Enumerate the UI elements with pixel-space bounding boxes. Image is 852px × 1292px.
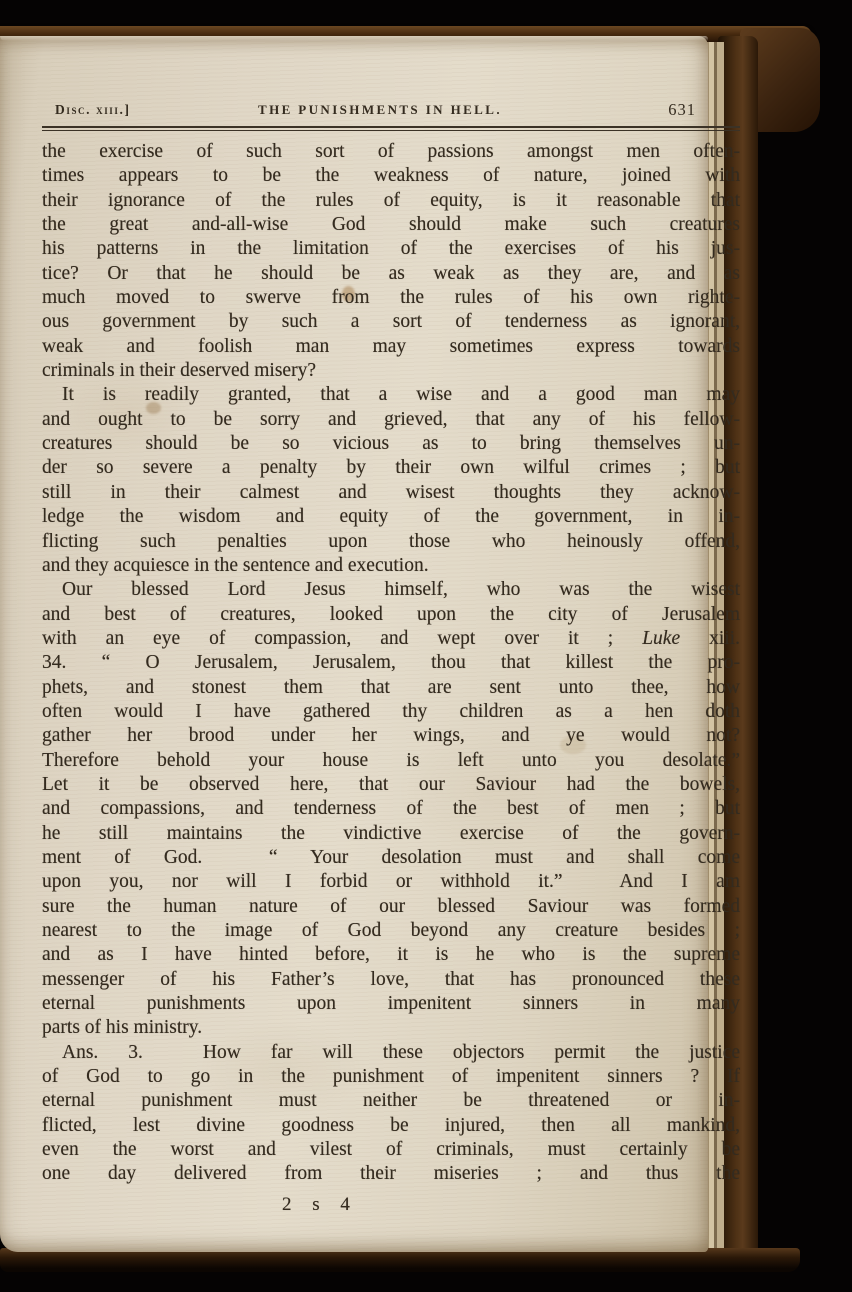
text-line: and as I have hinted before, it is he wh… — [42, 943, 740, 967]
text-line: much moved to swerve from the rules of h… — [42, 286, 740, 310]
text-line: upon you, nor will I forbid or withhold … — [42, 870, 740, 894]
text-line: Let it be observed here, that our Saviou… — [42, 773, 740, 797]
text-line: creatures should be so vicious as to bri… — [42, 432, 740, 456]
text-line: times appears to be the weakness of natu… — [42, 164, 740, 188]
text-line: eternal punishments upon impenitent sinn… — [42, 992, 740, 1016]
text-line: 34. “ O Jerusalem, Jerusalem, thou that … — [42, 651, 740, 675]
text-line: criminals in their deserved misery? — [42, 359, 740, 383]
text-line: and they acquiesce in the sentence and e… — [42, 554, 740, 578]
text-line: their ignorance of the rules of equity, … — [42, 189, 740, 213]
page-number: 631 — [668, 100, 696, 120]
text-line: sure the human nature of our blessed Sav… — [42, 895, 740, 919]
text-line: Therefore behold your house is left unto… — [42, 749, 740, 773]
text-line: parts of his ministry. — [42, 1016, 740, 1040]
text-line: and compassions, and tenderness of the b… — [42, 797, 740, 821]
text-line: and ought to be sorry and grieved, that … — [42, 408, 740, 432]
text-line: of God to go in the punishment of impeni… — [42, 1065, 740, 1089]
text-line: messenger of his Father’s love, that has… — [42, 968, 740, 992]
double-rule — [42, 126, 740, 131]
text-line: weak and foolish man may sometimes expre… — [42, 335, 740, 359]
running-head: Disc. xiii.] THE PUNISHMENTS IN HELL. 63… — [42, 102, 740, 120]
text-line: the great and-all-wise God should make s… — [42, 213, 740, 237]
text-line: It is readily granted, that a wise and a… — [42, 383, 740, 407]
text-line: even the worst and vilest of criminals, … — [42, 1138, 740, 1162]
text-line: the exercise of such sort of passions am… — [42, 140, 740, 164]
running-head-title: THE PUNISHMENTS IN HELL. — [42, 102, 718, 118]
text-line: one day delivered from their miseries ; … — [42, 1162, 740, 1186]
text-line: phets, and stonest them that are sent un… — [42, 676, 740, 700]
book-page-scan: Disc. xiii.] THE PUNISHMENTS IN HELL. 63… — [0, 0, 852, 1292]
text-line: often would I have gathered thy children… — [42, 700, 740, 724]
text-line: flicting such penalties upon those who h… — [42, 530, 740, 554]
text-line: ous government by such a sort of tendern… — [42, 310, 740, 334]
text-line: still in their calmest and wisest though… — [42, 481, 740, 505]
text-line: he still maintains the vindictive exerci… — [42, 822, 740, 846]
text-line: tice? Or that he should be as weak as th… — [42, 262, 740, 286]
text-line: Our blessed Lord Jesus himself, who was … — [42, 578, 740, 602]
text-line: his patterns in the limitation of the ex… — [42, 237, 740, 261]
text-line: ment of God. “ Your desolation must and … — [42, 846, 740, 870]
text-line: and best of creatures, looked upon the c… — [42, 603, 740, 627]
text-line: ledge the wisdom and equity of the gover… — [42, 505, 740, 529]
body-text: the exercise of such sort of passions am… — [42, 140, 740, 1187]
text-line: with an eye of compassion, and wept over… — [42, 627, 740, 651]
text-line: gather her brood under her wings, and ye… — [42, 724, 740, 748]
text-line: flicted, lest divine goodness be injured… — [42, 1114, 740, 1138]
page-content: Disc. xiii.] THE PUNISHMENTS IN HELL. 63… — [42, 102, 740, 1216]
text-line: Ans. 3. How far will these objectors per… — [42, 1041, 740, 1065]
text-line: nearest to the image of God beyond any c… — [42, 919, 740, 943]
text-line: der so severe a penalty by their own wil… — [42, 456, 740, 480]
text-line: eternal punishment must neither be threa… — [42, 1089, 740, 1113]
signature-mark: 2 s 4 — [42, 1194, 740, 1216]
page: Disc. xiii.] THE PUNISHMENTS IN HELL. 63… — [0, 36, 708, 1252]
